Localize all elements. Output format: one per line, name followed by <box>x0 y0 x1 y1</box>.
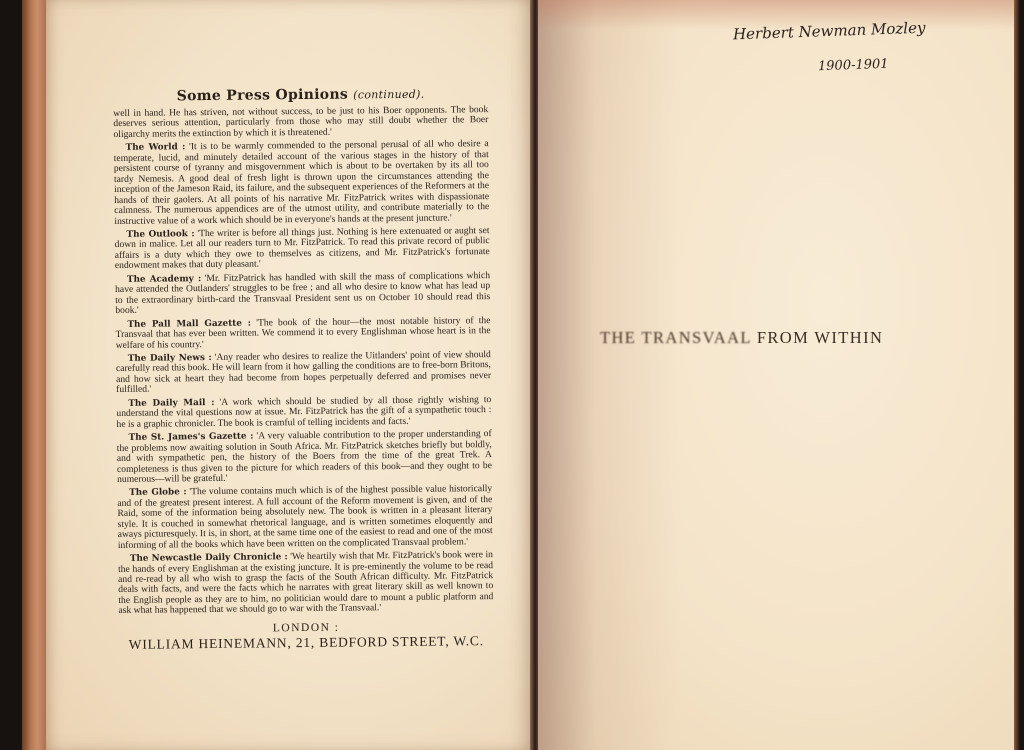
press-entry-daily-mail: The Daily Mail : 'A work which should be… <box>116 395 491 430</box>
press-opinions: Some Press Opinions (continued). well in… <box>113 84 494 653</box>
press-entry-world: The World : 'It is to be warmly commende… <box>114 139 490 227</box>
press-entry-globe: The Globe : 'The volume contains much wh… <box>117 484 493 551</box>
press-entry-newcastle: The Newcastle Daily Chronicle : 'We hear… <box>118 550 494 617</box>
half-title: THE TRANSVAAL FROM WITHIN <box>600 328 883 348</box>
book-spread: Some Press Opinions (continued). well in… <box>0 0 1024 750</box>
press-entry-pall-mall: The Pall Mall Gazette : 'The book of the… <box>115 316 490 351</box>
press-quote: 'It is to be warmly commended to the per… <box>114 138 490 226</box>
right-page <box>538 0 1016 750</box>
continuation-text: well in hand. He has striven, not withou… <box>113 105 488 140</box>
publisher-imprint: LONDON : WILLIAM HEINEMANN, 21, BEDFORD … <box>119 619 494 653</box>
heading-text: Some Press Opinions <box>177 87 349 105</box>
press-entry-daily-news: The Daily News : 'Any reader who desires… <box>116 350 491 396</box>
handwritten-date: 1900-1901 <box>818 57 889 74</box>
press-entry-academy: The Academy : 'Mr. FitzPatrick has handl… <box>115 271 490 317</box>
press-entry-outlook: The Outlook : 'The writer is before all … <box>114 226 489 272</box>
title-part: FROM WITHIN <box>757 328 883 347</box>
press-heading: Some Press Opinions (continued). <box>113 84 488 107</box>
heading-continued: (continued). <box>353 88 424 102</box>
right-page-edge <box>1014 0 1024 750</box>
title-part-blurred: THE TRANSVAAL <box>600 328 751 347</box>
press-entry-st-james: The St. James's Gazette : 'A very valuab… <box>117 429 493 485</box>
left-page-edge <box>22 0 48 750</box>
